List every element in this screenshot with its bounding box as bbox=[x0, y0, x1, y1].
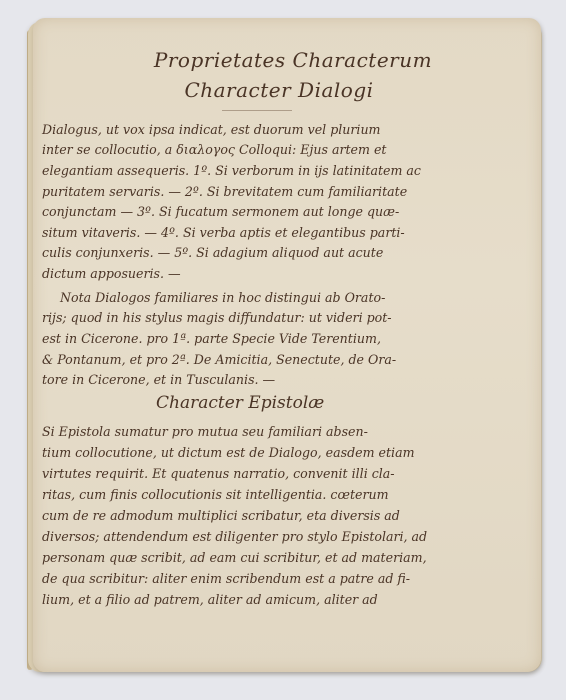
text-line: & Pontanum, et pro 2ª. De Amicitia, Sene… bbox=[42, 351, 396, 369]
text-line: tore in Cicerone, et in Tusculanis. — bbox=[42, 371, 275, 389]
subtitle: Character Dialogi bbox=[0, 78, 562, 102]
text-line: diversos; attendendum est diligenter pro… bbox=[42, 528, 427, 546]
text-line: personam quæ scribit, ad eam cui scribit… bbox=[42, 549, 427, 567]
text-line: tium collocutione, ut dictum est de Dial… bbox=[42, 444, 415, 462]
text-line: dictum apposueris. — bbox=[42, 265, 181, 283]
text-line: est in Cicerone. pro 1ª. parte Specie Vi… bbox=[42, 330, 381, 348]
text-line: Nota Dialogos familiares in hoc distingu… bbox=[60, 289, 385, 307]
text-line: cum de re admodum multiplici scribatur, … bbox=[42, 507, 400, 525]
text-line: rijs; quod in his stylus magis diffundat… bbox=[42, 309, 392, 327]
text-line: elegantiam assequeris. 1º. Si verborum i… bbox=[42, 162, 421, 180]
text-line: culis conjunxeris. — 5º. Si adagium aliq… bbox=[42, 244, 383, 262]
text-line: Si Epistola sumatur pro mutua seu famili… bbox=[42, 423, 368, 441]
text-line: puritatem servaris. — 2º. Si brevitatem … bbox=[42, 183, 407, 201]
main-title: Proprietates Characterum bbox=[10, 48, 566, 72]
text-line: Dialogus, ut vox ipsa indicat, est duoru… bbox=[42, 121, 381, 139]
section-heading-epistolae: Character Epistolæ bbox=[156, 393, 324, 413]
text-line: ritas, cum finis collocutionis sit intel… bbox=[42, 486, 389, 504]
title-underline bbox=[222, 110, 292, 111]
text-line: inter se collocutio, a διαλογος Colloqui… bbox=[42, 141, 386, 159]
text-line: situm vitaveris. — 4º. Si verba aptis et… bbox=[42, 224, 405, 242]
text-line: virtutes requirit. Et quatenus narratio,… bbox=[42, 465, 395, 483]
text-line: conjunctam — 3º. Si fucatum sermonem aut… bbox=[42, 203, 399, 221]
text-line: lium, et a filio ad patrem, aliter ad am… bbox=[42, 591, 378, 609]
text-line: de qua scribitur: aliter enim scribendum… bbox=[42, 570, 410, 588]
